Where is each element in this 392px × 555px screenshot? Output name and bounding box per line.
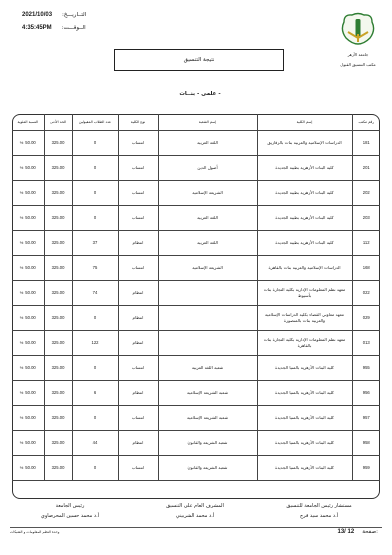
table-row: 112كلية البنات الأزهرية بطيبة الجديدةالل…: [12, 231, 380, 256]
cell-division: الشريعة الإسلامية: [158, 256, 257, 281]
percent-value: 50.00: [25, 465, 35, 470]
cell-division: اللغة العربية: [158, 231, 257, 256]
cell-code: 202: [352, 181, 380, 206]
col-type: نوع الكلية: [118, 114, 158, 131]
cell-min: 325.00: [44, 456, 72, 481]
table-row: 168الدراسات الإسلامية والعربية بنات بالق…: [12, 256, 380, 281]
percent-symbol: %: [20, 215, 24, 220]
cell-college: كلية البنات الأزهرية بالمنيا الجديدة: [257, 356, 352, 381]
col-code: رقم مكتب: [352, 114, 380, 131]
org-office: مكتب التنسيق القبول: [336, 62, 380, 67]
cell-percent: %50.00: [12, 156, 44, 181]
cell-accepted: 0: [72, 356, 118, 381]
cell-division: شعبة اللغة العربية: [158, 356, 257, 381]
percent-symbol: %: [20, 415, 24, 420]
cell-code: 022: [352, 281, 380, 306]
cell-type: انتظام: [118, 281, 158, 306]
percent-symbol: %: [20, 390, 24, 395]
signature-general-supervisor: المشرف العام على التنسيق أ.د محمد الشربي…: [140, 503, 250, 519]
cell-percent: %50.00: [12, 306, 44, 331]
percent-symbol: %: [20, 190, 24, 195]
signature-title: مستشار رئيس الجامعة للتنسيق: [264, 503, 374, 509]
percent-value: 50.00: [25, 140, 35, 145]
cell-division: أصول الدين: [158, 156, 257, 181]
cell-division: الشريعة الإسلامية: [158, 181, 257, 206]
cell-college: معهد معاوني القضاء بكلية الدراسات الإسلا…: [257, 306, 352, 331]
column-divider: [44, 452, 45, 477]
cell-accepted: 0: [72, 456, 118, 481]
cell-min: 325.00: [44, 306, 72, 331]
cell-college: كلية البنات الأزهرية بالمنيا الجديدة: [257, 431, 352, 456]
cell-type: انتساب: [118, 356, 158, 381]
date-value: 2021/10/03: [22, 12, 52, 18]
cell-percent: %50.00: [12, 281, 44, 306]
percent-value: 50.00: [25, 415, 35, 420]
percent-symbol: %: [20, 165, 24, 170]
cell-accepted: 0: [72, 206, 118, 231]
cell-min: 325.00: [44, 331, 72, 356]
cell-division: شعبة الشريعة الإسلامية: [158, 406, 257, 431]
cell-college: الدراسات الإسلامية والعربية بنات بالقاهر…: [257, 256, 352, 281]
col-accepted: عدد الطلاب المقبولين: [72, 114, 118, 131]
cell-college: معهد نظم المعلومات الإدارية بكلية التجار…: [257, 331, 352, 356]
cell-accepted: 44: [72, 431, 118, 456]
cell-type: انتظام: [118, 306, 158, 331]
signature-title: رئيس الجامعة: [20, 503, 120, 509]
cell-min: 325.00: [44, 406, 72, 431]
cell-code: 957: [352, 406, 380, 431]
signature-university-president: رئيس الجامعة أ.د محمد حسين المحرصاوي: [20, 503, 120, 519]
percent-value: 50.00: [25, 215, 35, 220]
cell-accepted: 75: [72, 256, 118, 281]
cell-min: 325.00: [44, 256, 72, 281]
percent-symbol: %: [20, 315, 24, 320]
cell-code: 181: [352, 131, 380, 156]
cell-division: اللغة العربية: [158, 131, 257, 156]
cell-min: 325.00: [44, 131, 72, 156]
cell-type: انتظام: [118, 431, 158, 456]
percent-value: 50.00: [25, 240, 35, 245]
table-row: 956كلية البنات الأزهرية بالمنيا الجديدةش…: [12, 381, 380, 406]
cell-percent: %50.00: [12, 231, 44, 256]
cell-percent: %50.00: [12, 131, 44, 156]
signature-coordination-advisor: مستشار رئيس الجامعة للتنسيق أ.د محمد سيد…: [264, 503, 374, 519]
cell-type: انتساب: [118, 181, 158, 206]
percent-symbol: %: [20, 140, 24, 145]
cell-accepted: 0: [72, 406, 118, 431]
cell-code: 029: [352, 306, 380, 331]
percent-value: 50.00: [25, 265, 35, 270]
cell-division: شعبة الشريعة الإسلامية: [158, 381, 257, 406]
cell-min: 325.00: [44, 156, 72, 181]
cell-type: انتساب: [118, 456, 158, 481]
cell-percent: %50.00: [12, 331, 44, 356]
col-college: إسم الكلية: [257, 114, 352, 131]
col-division: إسم الشعبة: [158, 114, 257, 131]
percent-symbol: %: [20, 265, 24, 270]
page-indicator: 13/ 12 صفحة:: [338, 529, 379, 535]
cell-type: انتساب: [118, 131, 158, 156]
cell-type: انتساب: [118, 156, 158, 181]
cell-type: انتساب: [118, 406, 158, 431]
cell-accepted: 74: [72, 281, 118, 306]
cell-college: كلية البنات الأزهرية بالمنيا الجديدة: [257, 381, 352, 406]
signature-name: أ.د محمد سيد فرج: [264, 513, 374, 519]
cell-type: انتظام: [118, 231, 158, 256]
page-value: 13/ 12: [338, 529, 355, 535]
column-divider: [118, 452, 119, 477]
table-row: 958كلية البنات الأزهرية بالمنيا الجديدةش…: [12, 431, 380, 456]
cell-code: 201: [352, 156, 380, 181]
table-row: 181الدراسات الإسلامية والعربية بنات بالز…: [12, 131, 380, 156]
signature-name: أ.د محمد الشربيني: [140, 513, 250, 519]
cell-percent: %50.00: [12, 431, 44, 456]
cell-accepted: 0: [72, 181, 118, 206]
percent-value: 50.00: [25, 315, 35, 320]
cell-division: [158, 331, 257, 356]
footer-unit: وحدة النظم المعلومات و الشبكات: [10, 530, 59, 534]
cell-min: 325.00: [44, 231, 72, 256]
cell-college: معهد نظم المعلومات الإدارية بكلية التجار…: [257, 281, 352, 306]
cell-college: كلية البنات الأزهرية بطيبة الجديدة: [257, 156, 352, 181]
percent-value: 50.00: [25, 290, 35, 295]
cell-code: 959: [352, 456, 380, 481]
table-row: 959كلية البنات الأزهرية بالمنيا الجديدةش…: [12, 456, 380, 481]
column-divider: [72, 452, 73, 477]
cell-college: كلية البنات الأزهرية بطيبة الجديدة: [257, 206, 352, 231]
cell-code: 112: [352, 231, 380, 256]
cell-division: [158, 306, 257, 331]
date-row: 2021/10/03 التــاريـــخ:: [22, 12, 86, 18]
cell-percent: %50.00: [12, 406, 44, 431]
column-divider: [257, 452, 258, 477]
cell-percent: %50.00: [12, 206, 44, 231]
results-table: رقم مكتب إسم الكلية إسم الشعبة نوع الكلي…: [12, 114, 380, 481]
time-value: 4:35:45PM: [22, 25, 52, 31]
footer-divider: [10, 527, 382, 528]
percent-symbol: %: [20, 340, 24, 345]
cell-code: 203: [352, 206, 380, 231]
cell-code: 013: [352, 331, 380, 356]
table-header-row: رقم مكتب إسم الكلية إسم الشعبة نوع الكلي…: [12, 114, 380, 131]
cell-code: 955: [352, 356, 380, 381]
report-subtitle: - علمى - بنــات: [150, 91, 250, 97]
cell-min: 325.00: [44, 281, 72, 306]
cell-percent: %50.00: [12, 256, 44, 281]
cell-college: كلية البنات الأزهرية بالمنيا الجديدة: [257, 456, 352, 481]
cell-accepted: 0: [72, 131, 118, 156]
date-label: التــاريـــخ:: [62, 12, 86, 18]
report-title: نتيجة التنسيق: [114, 49, 284, 71]
cell-accepted: 122: [72, 331, 118, 356]
cell-college: كلية البنات الأزهرية بطيبة الجديدة: [257, 181, 352, 206]
page-label: صفحة:: [362, 529, 378, 535]
cell-division: شعبة الشريعة والقانون: [158, 456, 257, 481]
cell-type: انتظام: [118, 381, 158, 406]
cell-accepted: 37: [72, 231, 118, 256]
cell-percent: %50.00: [12, 381, 44, 406]
table-row: 022معهد نظم المعلومات الإدارية بكلية الت…: [12, 281, 380, 306]
cell-code: 168: [352, 256, 380, 281]
cell-type: انتساب: [118, 206, 158, 231]
percent-symbol: %: [20, 240, 24, 245]
percent-symbol: %: [20, 465, 24, 470]
table-row: 203كلية البنات الأزهرية بطيبة الجديدةالل…: [12, 206, 380, 231]
table-row: 957كلية البنات الأزهرية بالمنيا الجديدةش…: [12, 406, 380, 431]
column-divider: [352, 452, 353, 477]
percent-value: 50.00: [25, 340, 35, 345]
time-label: الــوقـــت:: [62, 25, 86, 31]
cell-accepted: 0: [72, 306, 118, 331]
time-row: 4:35:45PM الــوقـــت:: [22, 25, 86, 31]
org-name: جامعة الأزهر: [336, 52, 380, 57]
signature-name: أ.د محمد حسين المحرصاوي: [20, 513, 120, 519]
percent-value: 50.00: [25, 165, 35, 170]
percent-symbol: %: [20, 440, 24, 445]
cell-college: كلية البنات الأزهرية بطيبة الجديدة: [257, 231, 352, 256]
cell-type: انتساب: [118, 256, 158, 281]
table-row: 201كلية البنات الأزهرية بطيبة الجديدةأصو…: [12, 156, 380, 181]
cell-division: [158, 281, 257, 306]
cell-min: 325.00: [44, 206, 72, 231]
cell-percent: %50.00: [12, 181, 44, 206]
table-row: 029معهد معاوني القضاء بكلية الدراسات الإ…: [12, 306, 380, 331]
table-row: 013معهد نظم المعلومات الإدارية بكلية الت…: [12, 331, 380, 356]
percent-value: 50.00: [25, 440, 35, 445]
cell-min: 325.00: [44, 381, 72, 406]
percent-value: 50.00: [25, 190, 35, 195]
col-percent: النسبة المئوية: [12, 114, 44, 131]
report-title-text: نتيجة التنسيق: [184, 57, 215, 63]
percent-symbol: %: [20, 290, 24, 295]
cell-code: 958: [352, 431, 380, 456]
azhar-logo-icon: [340, 12, 376, 46]
cell-min: 325.00: [44, 181, 72, 206]
cell-division: شعبة الشريعة والقانون: [158, 431, 257, 456]
cell-percent: %50.00: [12, 356, 44, 381]
signature-title: المشرف العام على التنسيق: [140, 503, 250, 509]
table-row: 202كلية البنات الأزهرية بطيبة الجديدةالش…: [12, 181, 380, 206]
cell-min: 325.00: [44, 431, 72, 456]
column-divider: [158, 452, 159, 477]
cell-code: 956: [352, 381, 380, 406]
cell-min: 325.00: [44, 356, 72, 381]
cell-type: انتظام: [118, 331, 158, 356]
percent-value: 50.00: [25, 390, 35, 395]
cell-college: كلية البنات الأزهرية بالمنيا الجديدة: [257, 406, 352, 431]
col-min: الحد الأدنى: [44, 114, 72, 131]
table-row: 955كلية البنات الأزهرية بالمنيا الجديدةش…: [12, 356, 380, 381]
cell-division: اللغة العربية: [158, 206, 257, 231]
cell-percent: %50.00: [12, 456, 44, 481]
cell-accepted: 0: [72, 156, 118, 181]
percent-value: 50.00: [25, 365, 35, 370]
percent-symbol: %: [20, 365, 24, 370]
cell-accepted: 6: [72, 381, 118, 406]
cell-college: الدراسات الإسلامية والعربية بنات بالزقاز…: [257, 131, 352, 156]
